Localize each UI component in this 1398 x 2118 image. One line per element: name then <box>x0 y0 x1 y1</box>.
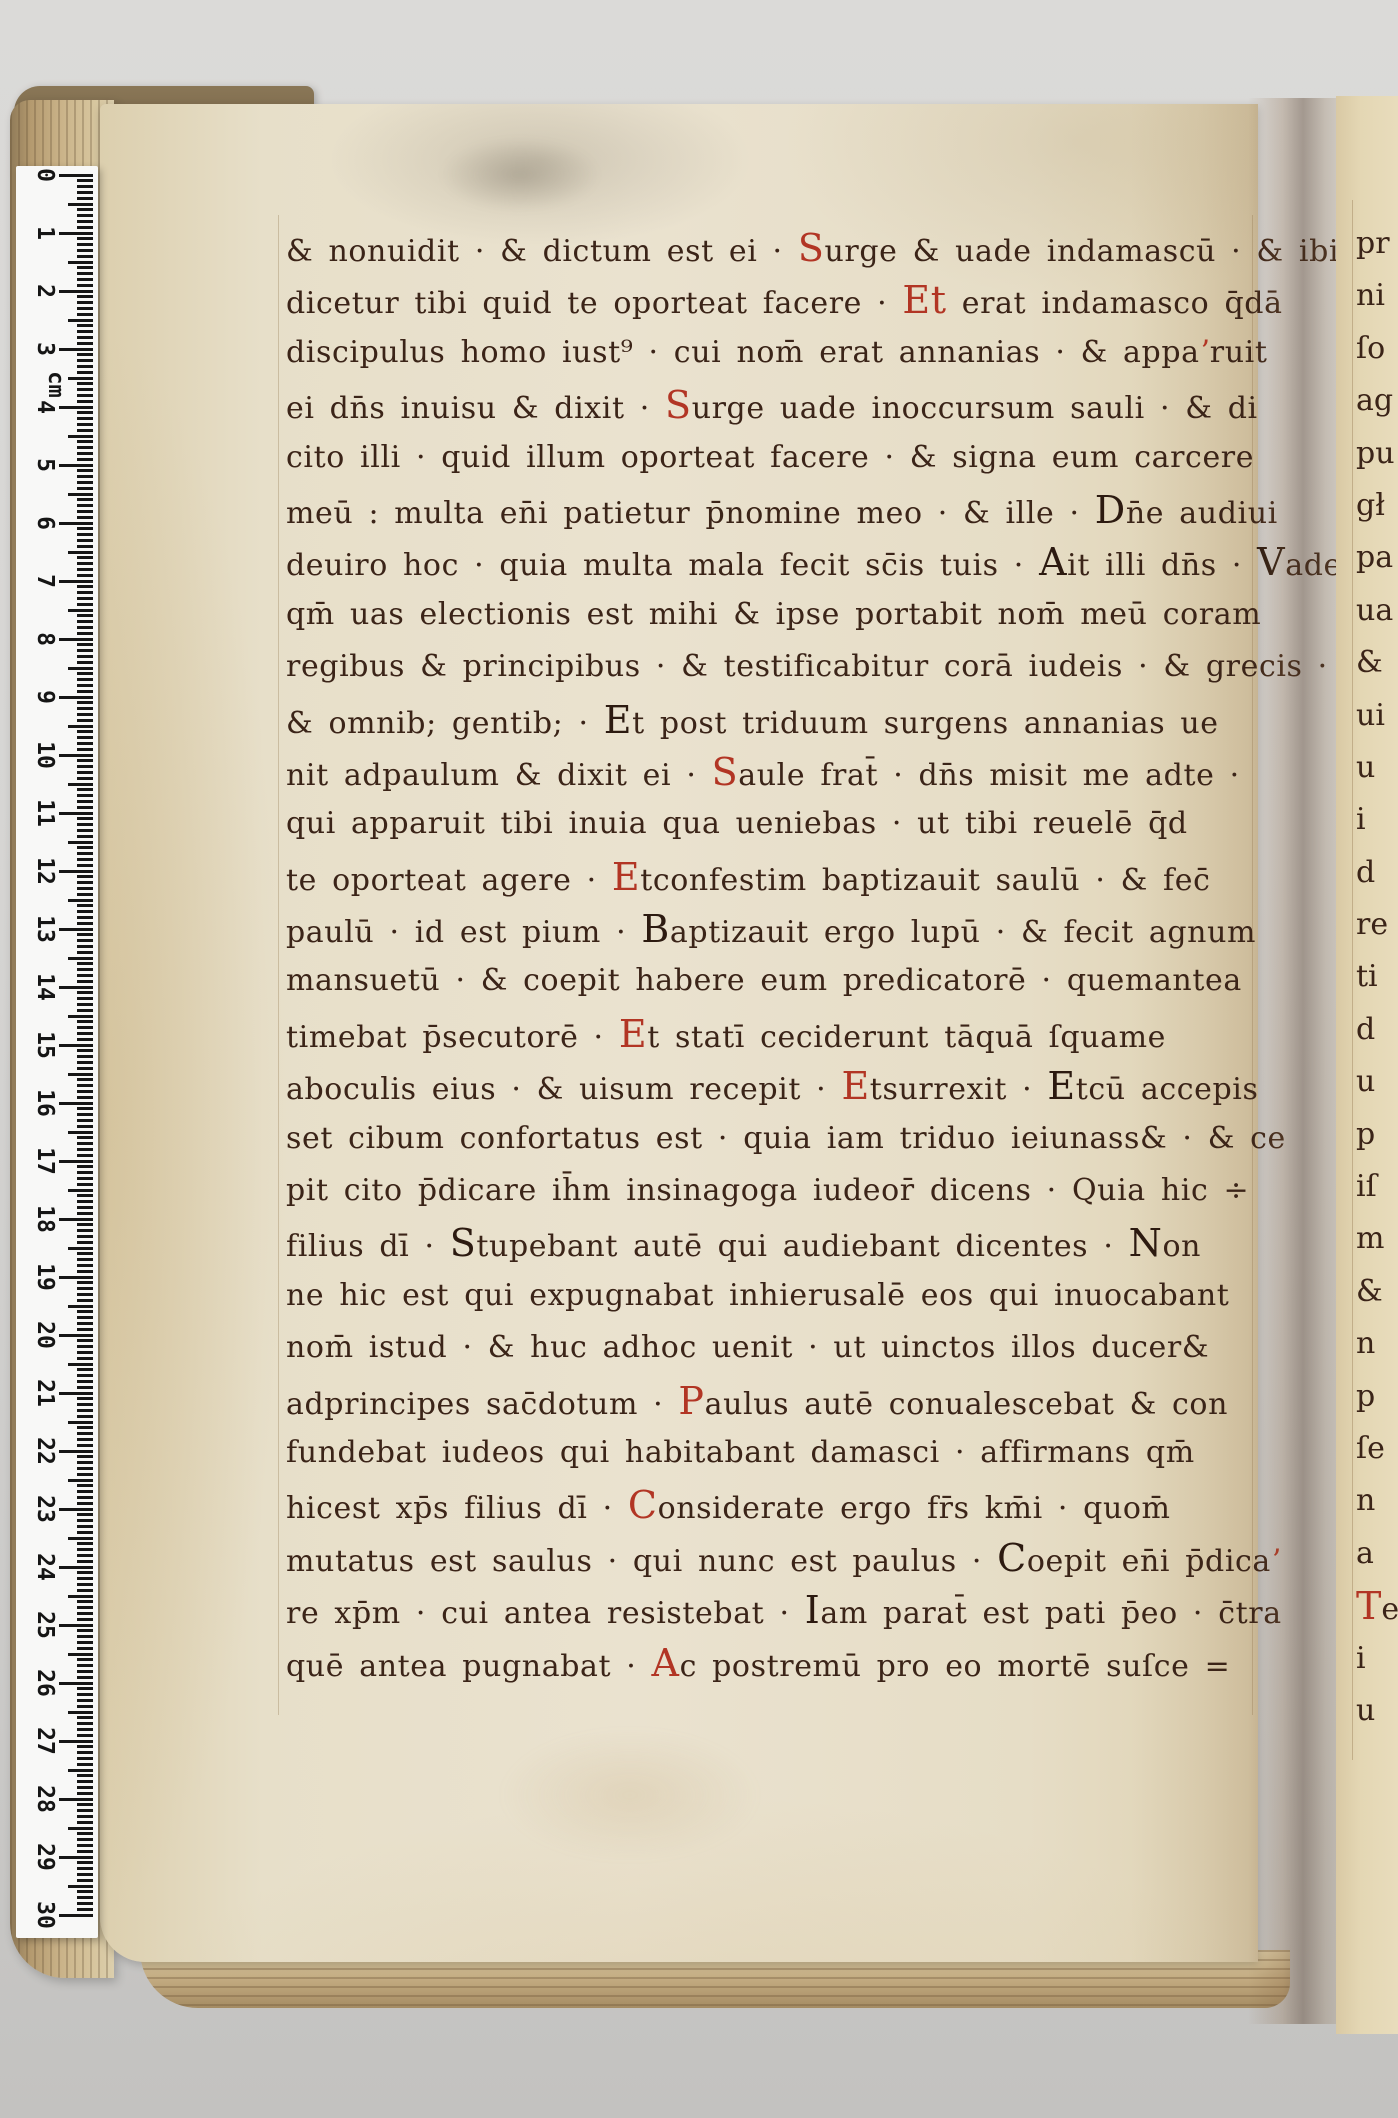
ruler-tick <box>59 1102 93 1105</box>
ruler-tick <box>59 406 93 409</box>
text-segment: ei dn̄s inuisu & dixit · <box>286 391 665 426</box>
text-segment: adprincipes sac̄dotum · <box>286 1387 678 1422</box>
text-segment: re xp̄m · cui antea resistebat · <box>286 1596 805 1631</box>
parchment-stain <box>440 138 600 212</box>
ruler-tick <box>77 1397 93 1400</box>
ruler-tick <box>77 1125 93 1128</box>
ruler-tick <box>59 1218 93 1221</box>
ruler-tick <box>77 1612 93 1615</box>
ruler-tick <box>77 1084 93 1087</box>
manuscript-text-line: qui apparuit tibi inuia qua ueniebas · u… <box>286 798 1266 850</box>
ruler-tick <box>77 1165 93 1168</box>
ruler-tick <box>77 1879 93 1882</box>
ruler-tick <box>77 1067 93 1070</box>
manuscript-text-line: set cibum confortatus est · quia iam tri… <box>286 1113 1266 1165</box>
text-segment: erat indamasco q̄dā <box>947 286 1283 321</box>
ruler-tick <box>77 620 93 623</box>
ruler-tick <box>77 1415 93 1418</box>
ruler-tick <box>77 1009 93 1012</box>
ruler-number: 3 <box>32 334 58 364</box>
ruler-tick <box>77 980 93 983</box>
ruler-tick <box>77 1908 93 1911</box>
ruler-tick <box>77 852 93 855</box>
ruler-tick <box>77 533 93 536</box>
ruler-tick <box>77 1519 93 1522</box>
ruler-tick <box>68 609 93 612</box>
ruler-tick <box>77 1815 93 1818</box>
ruler-tick <box>68 1885 93 1888</box>
ruler-tick <box>77 1902 93 1905</box>
ruler-number: 4 <box>32 392 58 422</box>
ruler-tick <box>77 1223 93 1226</box>
text-segment: aulus autē conualescebat & con <box>705 1387 1228 1422</box>
ruler-tick <box>77 603 93 606</box>
ruler-tick <box>77 1861 93 1864</box>
ruler-tick <box>68 1653 93 1656</box>
ruler-tick <box>77 498 93 501</box>
text-segment: regibus & principibus · & testificabitur… <box>286 649 1328 684</box>
ruler-tick <box>77 591 93 594</box>
ruler-tick <box>68 1363 93 1366</box>
text-segment: ui <box>1356 698 1385 733</box>
ruler-tick <box>77 1061 93 1064</box>
large-initial: C <box>997 1536 1027 1580</box>
ruler-tick <box>59 1624 93 1627</box>
text-segment: paulū · id est pium · <box>286 915 641 950</box>
manuscript-text-line: qm̄ uas electionis est mihi & ipse porta… <box>286 589 1266 641</box>
ruler-tick <box>77 510 93 513</box>
manuscript-text-line: cito illi · quid illum oporteat facere ·… <box>286 432 1266 484</box>
ruler-tick <box>77 991 93 994</box>
ruler-tick <box>77 1461 93 1464</box>
ruler-tick <box>77 1751 93 1754</box>
text-segment: re <box>1356 907 1388 942</box>
ruler-tick <box>59 1914 93 1917</box>
ruler-tick <box>68 783 93 786</box>
facing-page-text-line: i <box>1356 1633 1398 1685</box>
ruler-tick <box>77 1484 93 1487</box>
ruler-tick <box>77 516 93 519</box>
ruler-number: 13 <box>32 914 58 944</box>
ruler-tick <box>77 301 93 304</box>
ruler-tick <box>77 893 93 896</box>
ruler-tick <box>77 1705 93 1708</box>
text-segment: hicest xp̄s filius dī · <box>286 1491 628 1526</box>
manuscript-text-line: timebat p̄secutorē · Et statī ceciderunt… <box>286 1008 1266 1060</box>
ruler-tick <box>77 823 93 826</box>
manuscript-text-line: filius dī · Stupebant autē qui audiebant… <box>286 1217 1266 1269</box>
ruler-tick <box>77 382 93 385</box>
text-segment: ʼ <box>1200 335 1210 370</box>
facing-page-guide-line <box>1352 200 1353 1760</box>
text-segment: oepit en̄i p̄dica <box>1027 1544 1271 1579</box>
ruler-tick <box>77 585 93 588</box>
text-segment: ag <box>1356 383 1393 418</box>
ruler-tick <box>77 1618 93 1621</box>
text-segment: deuiro hoc · quia multa mala fecit sc̄is… <box>286 548 1039 583</box>
ruler-tick <box>77 1670 93 1673</box>
facing-page-text-line: u <box>1356 1685 1398 1737</box>
ruler-tick <box>77 556 93 559</box>
large-initial: B <box>641 907 670 951</box>
text-segment: aboculis eius · & uisum recepit · <box>286 1072 841 1107</box>
ruler-tick <box>59 1508 93 1511</box>
ruler-tick <box>77 904 93 907</box>
ruler-tick <box>77 1641 93 1644</box>
text-segment: nit adpaulum & dixit ei · <box>286 758 712 793</box>
text-segment: & <box>1356 1274 1383 1309</box>
ruler-tick <box>77 1194 93 1197</box>
ruler-tick <box>77 1832 93 1835</box>
text-segment: it illi dn̄s · <box>1067 548 1257 583</box>
ruler-tick <box>77 1206 93 1209</box>
ruler-tick <box>77 829 93 832</box>
ruler-tick <box>77 945 93 948</box>
ruler-tick <box>77 968 93 971</box>
manuscript-text-line: adprincipes sac̄dotum · Paulus autē conu… <box>286 1375 1266 1427</box>
ruler-number: 30 <box>32 1900 58 1930</box>
text-segment: cito illi · quid illum oporteat facere ·… <box>286 440 1254 475</box>
text-segment: on <box>1162 1229 1201 1264</box>
facing-page-text-line: m <box>1356 1213 1398 1265</box>
ruler-tick <box>77 997 93 1000</box>
ruler-number: 14 <box>32 972 58 1002</box>
ruler-tick <box>77 365 93 368</box>
text-segment: meū : multa en̄i patietur p̄nomine meo ·… <box>286 496 1095 531</box>
ruler-tick <box>59 522 93 525</box>
ruler-tick <box>59 696 93 699</box>
ruler-tick <box>68 493 93 496</box>
ruler-tick <box>77 858 93 861</box>
text-segment: aptizauit ergo lupū · & fecit agnum <box>670 915 1256 950</box>
manuscript-text-line: re xp̄m · cui antea resistebat · Iam par… <box>286 1584 1266 1636</box>
ruler-tick <box>77 1850 93 1853</box>
text-segment: am parat̄ est pati p̄eo · c̄tra <box>820 1596 1281 1631</box>
ruler-tick <box>77 1107 93 1110</box>
ruler-tick <box>68 1247 93 1250</box>
ruler-tick <box>77 469 93 472</box>
ruler-tick <box>77 719 93 722</box>
ruler-tick <box>77 1171 93 1174</box>
ruler-tick <box>77 875 93 878</box>
ruler-number: 27 <box>32 1726 58 1756</box>
ruler-tick <box>68 667 93 670</box>
ruler-tick <box>77 1896 93 1899</box>
ruler-tick <box>77 1548 93 1551</box>
ruler-tick <box>77 765 93 768</box>
ruler-tick <box>77 1380 93 1383</box>
ruler-tick <box>68 203 93 206</box>
ruler-tick <box>77 1693 93 1696</box>
ruler-tick <box>77 475 93 478</box>
ruler-number: 11 <box>32 798 58 828</box>
ruler-tick <box>77 1629 93 1632</box>
ruler-tick <box>68 1595 93 1598</box>
ruler-tick <box>77 1287 93 1290</box>
rubric-initial: A <box>652 1641 680 1685</box>
ruler-tick <box>77 1600 93 1603</box>
rubric-initial: E <box>841 1064 869 1108</box>
ruler-tick <box>77 185 93 188</box>
ruler-number: 23 <box>32 1494 58 1524</box>
ruler-tick <box>77 910 93 913</box>
ruler-tick <box>77 1270 93 1273</box>
ruler-tick <box>59 464 93 467</box>
text-segment: u <box>1356 1064 1375 1099</box>
facing-page-text-line: pa <box>1356 532 1398 584</box>
text-segment: u <box>1356 1693 1375 1728</box>
ruler-tick <box>77 788 93 791</box>
ruler-tick <box>77 1357 93 1360</box>
text-segment: u <box>1356 750 1375 785</box>
ruler-tick <box>77 1177 93 1180</box>
ruler-tick <box>77 1235 93 1238</box>
ruler-tick <box>77 1148 93 1151</box>
ruler-tick <box>59 986 93 989</box>
ruler-tick <box>77 1890 93 1893</box>
manuscript-text-line: hicest xp̄s filius dī · Considerate ergo… <box>286 1479 1266 1531</box>
ruler-number: 28 <box>32 1784 58 1814</box>
facing-page-text-line: u <box>1356 742 1398 794</box>
ruler-tick <box>77 887 93 890</box>
facing-page-text-line: n <box>1356 1475 1398 1527</box>
ruler-tick <box>77 1078 93 1081</box>
ruler-tick <box>77 678 93 681</box>
ruler-tick <box>77 243 93 246</box>
facing-page-text-fragments: prniſoagpugłpaua&uiuidretidupiſm&npſenaT… <box>1356 218 1398 1748</box>
text-segment: timebat p̄secutorē · <box>286 1020 619 1055</box>
ruler-tick <box>59 870 93 873</box>
ruler-tick <box>77 394 93 397</box>
ruler-tick <box>77 295 93 298</box>
ruler-number: 21 <box>32 1378 58 1408</box>
manuscript-text-line: aboculis eius · & uisum recepit · Etsurr… <box>286 1060 1266 1112</box>
ruler-tick <box>68 1305 93 1308</box>
photographic-ruler: cm 0123456789101112131415161718192021222… <box>16 166 98 1938</box>
text-segment: c postremū pro eo mortē suſce = <box>680 1649 1231 1684</box>
ruler-tick <box>77 707 93 710</box>
ruler-tick <box>77 933 93 936</box>
ruler-tick <box>77 214 93 217</box>
text-segment: dicetur tibi quid te oporteat facere · <box>286 286 902 321</box>
large-initial: E <box>1047 1064 1075 1108</box>
text-segment: pr <box>1356 226 1390 261</box>
manuscript-text-line: nit adpaulum & dixit ei · Saule frat̄ · … <box>286 746 1266 798</box>
ruler-tick <box>77 962 93 965</box>
ruler-tick <box>77 655 93 658</box>
ruler-tick <box>77 1496 93 1499</box>
ruler-tick <box>59 580 93 583</box>
text-segment: set cibum confortatus est · quia iam tri… <box>286 1121 1286 1156</box>
ruler-tick <box>77 1589 93 1592</box>
manuscript-text-line: fundebat iudeos qui habitabant damasci ·… <box>286 1427 1266 1479</box>
ruler-tick <box>77 922 93 925</box>
ruler-tick <box>77 846 93 849</box>
ruler-tick <box>59 1740 93 1743</box>
ruler-tick <box>59 1044 93 1047</box>
ruler-tick <box>77 1345 93 1348</box>
ruler-tick <box>77 916 93 919</box>
ruler-tick <box>77 423 93 426</box>
ruler-tick <box>77 1328 93 1331</box>
manuscript-text-line: mansuetū · & coepit habere eum predicato… <box>286 955 1266 1007</box>
ruler-tick <box>77 1183 93 1186</box>
ruler-tick <box>68 1479 93 1482</box>
facing-page-text-line: gł <box>1356 480 1398 532</box>
ruler-tick <box>77 1455 93 1458</box>
text-segment: a <box>1356 1536 1374 1571</box>
ruler-tick <box>59 1392 93 1395</box>
ruler-tick <box>77 313 93 316</box>
ruler-tick <box>77 1792 93 1795</box>
ruler-tick <box>77 1716 93 1719</box>
text-segment: t statī ceciderunt tāquā ſquame <box>647 1020 1166 1055</box>
large-initial: S <box>450 1221 477 1265</box>
ruler-tick <box>77 417 93 420</box>
text-segment: i <box>1356 802 1366 837</box>
ruler-tick <box>77 179 93 182</box>
manuscript-text-line: deuiro hoc · quia multa mala fecit sc̄is… <box>286 536 1266 588</box>
ruler-tick <box>77 1020 93 1023</box>
manuscript-text-line: meū : multa en̄i patietur p̄nomine meo ·… <box>286 484 1266 536</box>
ruler-tick <box>77 672 93 675</box>
ruler-tick <box>77 400 93 403</box>
ruler-number: 26 <box>32 1668 58 1698</box>
ruler-number: 9 <box>32 682 58 712</box>
text-segment: filius dī · <box>286 1229 450 1264</box>
ruler-tick <box>77 1687 93 1690</box>
ruler-tick <box>77 817 93 820</box>
ruler-tick <box>77 539 93 542</box>
ruler-tick <box>77 504 93 507</box>
large-initial: N <box>1129 1221 1163 1265</box>
ruler-number: 22 <box>32 1436 58 1466</box>
ruler-tick <box>77 864 93 867</box>
facing-page-text-line: d <box>1356 847 1398 899</box>
ruler-tick <box>77 1664 93 1667</box>
ruler-tick <box>77 1200 93 1203</box>
ruler-tick <box>77 527 93 530</box>
ruler-tick <box>77 1258 93 1261</box>
ruler-tick <box>77 1212 93 1215</box>
ruler-tick <box>77 1351 93 1354</box>
text-segment: pa <box>1356 540 1393 575</box>
ruler-tick <box>59 290 93 293</box>
text-segment: p <box>1356 1379 1375 1414</box>
text-segment: pit cito p̄dicare ih̄m insinagoga iudeor… <box>286 1173 1249 1208</box>
text-segment: tsurrexit · <box>870 1072 1048 1107</box>
ruler-tick <box>77 1745 93 1748</box>
ruler-tick <box>77 191 93 194</box>
ruler-number: 18 <box>32 1204 58 1234</box>
ruler-tick <box>68 377 93 380</box>
ruler-tick <box>77 1502 93 1505</box>
text-segment: gł <box>1356 488 1385 523</box>
ruler-tick <box>77 255 93 258</box>
ruler-tick <box>77 777 93 780</box>
ruler-tick <box>59 1334 93 1337</box>
ruler-tick <box>77 759 93 762</box>
ruler-tick <box>77 974 93 977</box>
ruler-tick <box>77 429 93 432</box>
ruler-number: 25 <box>32 1610 58 1640</box>
text-segment: & nonuidit · & dictum est ei · <box>286 234 798 269</box>
ruler-tick <box>77 1647 93 1650</box>
ruler-tick <box>77 1026 93 1029</box>
ruler-tick <box>77 388 93 391</box>
ruler-number: 20 <box>32 1320 58 1350</box>
facing-page-text-line: pr <box>1356 218 1398 270</box>
ruler-tick <box>77 371 93 374</box>
manuscript-text-line: mutatus est saulus · qui nunc est paulus… <box>286 1532 1266 1584</box>
ruler-tick <box>77 1090 93 1093</box>
ruler-tick <box>77 1096 93 1099</box>
ruler-tick <box>77 562 93 565</box>
manuscript-text-line: ne hic est qui expugnabat inhierusalē eo… <box>286 1270 1266 1322</box>
ruler-tick <box>77 1142 93 1145</box>
ruler-tick <box>77 1438 93 1441</box>
ruler-tick <box>77 626 93 629</box>
ruler-tick <box>77 1154 93 1157</box>
manuscript-photo: & nonuidit · & dictum est ei · Surge & u… <box>0 0 1398 2118</box>
ruler-tick <box>77 237 93 240</box>
ruler-tick <box>77 1432 93 1435</box>
ruler-tick <box>77 1339 93 1342</box>
ruler-tick <box>68 551 93 554</box>
ruler-tick <box>77 342 93 345</box>
ruler-tick <box>77 1734 93 1737</box>
ruler-tick <box>77 1444 93 1447</box>
rubric-initial: T <box>1356 1584 1381 1628</box>
ruler-tick <box>59 1276 93 1279</box>
facing-page-text-line: ti <box>1356 951 1398 1003</box>
manuscript-text-line: dicetur tibi quid te oporteat facere · E… <box>286 274 1266 326</box>
rubric-initial: Et <box>902 278 946 322</box>
text-segment: qui apparuit tibi inuia qua ueniebas · u… <box>286 806 1188 841</box>
facing-page-text-line: p <box>1356 1371 1398 1423</box>
text-segment: ti <box>1356 959 1378 994</box>
ruler-tick <box>77 1299 93 1302</box>
ruler-tick <box>77 1571 93 1574</box>
ruler-tick <box>77 1368 93 1371</box>
ruler-tick <box>77 1757 93 1760</box>
ruler-tick <box>77 1786 93 1789</box>
ruler-tick <box>77 1136 93 1139</box>
ruler-tick <box>77 1728 93 1731</box>
ruler-tick <box>68 725 93 728</box>
ruler-tick <box>77 1386 93 1389</box>
ruler-number: 15 <box>32 1030 58 1060</box>
manuscript-text-line: discipulus homo iust⁹ · cui nom̄ erat an… <box>286 327 1266 379</box>
text-segment: quē antea pugnabat · <box>286 1649 652 1684</box>
ruler-tick <box>77 643 93 646</box>
facing-page-text-line: pu <box>1356 428 1398 480</box>
manuscript-text-line: ei dn̄s inuisu & dixit · Surge uade inoc… <box>286 379 1266 431</box>
facing-page-text-line: p <box>1356 1109 1398 1161</box>
ruler-tick <box>59 348 93 351</box>
ruler-tick <box>77 1560 93 1563</box>
ruler-tick <box>68 1827 93 1830</box>
ruler-tick <box>68 435 93 438</box>
ruler-tick <box>77 324 93 327</box>
ruler-tick <box>77 632 93 635</box>
ruler-tick <box>68 899 93 902</box>
ruler-tick <box>77 1490 93 1493</box>
ruler-tick <box>77 440 93 443</box>
ruler-tick <box>77 1821 93 1824</box>
ruler-number: 0 <box>32 160 58 190</box>
facing-page-text-line: d <box>1356 1004 1398 1056</box>
